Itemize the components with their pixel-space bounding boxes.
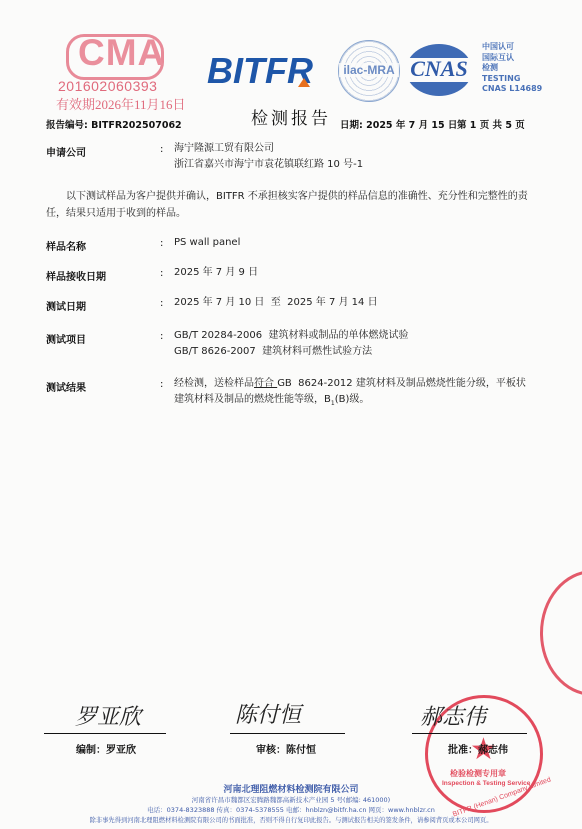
result-text: (B)级。	[335, 394, 370, 405]
test-item-1: GB/T 20284-2006 建筑材料或制品的单体燃烧试验	[174, 328, 409, 344]
result-conformity: 符合	[254, 378, 277, 389]
test-result-label: 测试结果	[46, 379, 86, 394]
report-number: 报告编号: BITFR202507062	[46, 117, 182, 131]
test-result-line-2: 建筑材料及制品的燃烧性能等级，B1(B)级。	[174, 392, 369, 412]
ilac-text: ilac-MRA	[339, 63, 399, 77]
sample-name-value: PS wall panel	[174, 235, 240, 251]
colon: :	[160, 238, 163, 249]
cnas-text: CNAS	[406, 56, 472, 82]
cnas-line: 中国认可	[482, 42, 542, 53]
reviewed-by: 审核：陈付恒	[256, 741, 316, 756]
cnas-accreditation-text: 中国认可 国际互认 检测 TESTING CNAS L14689	[482, 42, 542, 95]
page-info: 第 1 页 共 5 页	[457, 117, 525, 131]
cma-letters: CMA	[78, 32, 165, 74]
signature-line	[412, 733, 527, 734]
footer-address: 河南省许昌市魏都区宏腾路魏都高新技术产业园 5 号(邮编: 461000)	[0, 795, 582, 804]
test-date-label: 测试日期	[46, 298, 86, 313]
colon: :	[160, 379, 163, 390]
colon: :	[160, 144, 163, 155]
seal-text-cn: 检验检测专用章	[450, 768, 506, 779]
disclaimer: 以下测试样品为客户提供并确认，BITFR 不承担核实客户提供的样品信息的准确性、…	[46, 188, 546, 222]
cnas-line: TESTING	[482, 74, 542, 85]
signature-reviewed: 陈付恒	[235, 698, 301, 729]
result-text: GB 8624-2012 建筑材料及制品燃烧性能分级，平板状	[277, 378, 526, 389]
signature-line	[44, 733, 166, 734]
cnas-line: 国际互认	[482, 53, 542, 64]
cnas-line: CNAS L14689	[482, 84, 542, 95]
compiled-by: 编制：罗亚欣	[76, 741, 136, 756]
cma-stamp: CMA 201602060393 有效期2026年11月16日	[58, 28, 173, 108]
receive-date-value: 2025 年 7 月 9 日	[174, 265, 258, 281]
test-items-label: 测试项目	[46, 331, 86, 346]
cnas-line: 检测	[482, 63, 542, 74]
applicant-address: 浙江省嘉兴市海宁市袁花镇联红路 10 号-1	[174, 157, 363, 173]
footer-contact: 电话：0374-8323888 传真：0374-5378555 电邮：hnblz…	[0, 805, 582, 814]
approved-by: 批准：郝志伟	[448, 741, 508, 756]
ilac-mra-logo: ilac-MRA	[338, 40, 400, 102]
flame-icon	[298, 78, 310, 87]
cnas-logo: CNAS	[406, 44, 472, 96]
cma-number: 201602060393	[58, 78, 157, 94]
result-text: 经检测，送检样品	[174, 378, 254, 389]
signature-approved: 郝志伟	[420, 700, 486, 731]
receive-date-label: 样品接收日期	[46, 268, 106, 283]
sample-name-label: 样品名称	[46, 238, 86, 253]
colon: :	[160, 268, 163, 279]
applicant-company: 海宁隆源工贸有限公司	[174, 141, 274, 157]
colon: :	[160, 298, 163, 309]
seal-partial	[540, 570, 582, 696]
applicant-label: 申请公司	[46, 144, 86, 159]
colon: :	[160, 331, 163, 342]
test-result-line-1: 经检测，送检样品符合 GB 8624-2012 建筑材料及制品燃烧性能分级，平板…	[174, 376, 526, 392]
test-item-2: GB/T 8626-2007 建筑材料可燃性试验方法	[174, 344, 372, 360]
signature-line	[230, 733, 345, 734]
result-text: 建筑材料及制品的燃烧性能等级，B	[174, 394, 331, 405]
footer-notice: 除非事先得到河南北理阻燃材料检测院有限公司的书面批准，否则不得自行复印此报告。与…	[0, 815, 582, 824]
test-date-value: 2025 年 7 月 10 日 至 2025 年 7 月 14 日	[174, 295, 378, 311]
signature-compiled: 罗亚欣	[75, 700, 141, 731]
report-date: 日期: 2025 年 7 月 15 日	[340, 117, 457, 131]
footer-company: 河南北理阻燃材料检测院有限公司	[0, 782, 582, 795]
